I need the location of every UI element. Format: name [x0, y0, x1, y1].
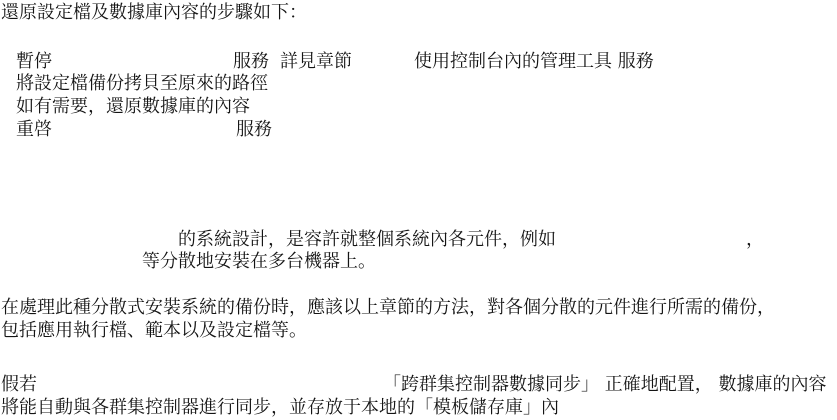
design-note-line1: 的系統設計，是容許就整個系統內各元件，例如: [178, 230, 556, 250]
step-see-chapter-label: 詳見章節: [280, 52, 352, 72]
design-note-line2: 等分散地安裝在多台機器上。: [142, 252, 376, 272]
design-note-comma: ，: [746, 230, 764, 250]
step-admin-tools-label: 使用控制台內的管理工具 服務: [414, 52, 654, 72]
intro-line: 還原設定檔及數據庫內容的步驟如下：: [1, 3, 307, 23]
step-copy-config-line: 將設定檔備份拷貝至原來的路徑: [16, 74, 268, 94]
backup-para-line2: 包括應用執行檔、範本以及設定檔等。: [1, 321, 307, 341]
backup-para-line1: 在處理此種分散式安裝系統的備份時，應該以上章節的方法，對各個分散的元件進行所需的…: [1, 298, 775, 318]
step-pause-service-label: 服務: [233, 52, 269, 72]
step-restart-service-label: 服務: [236, 120, 272, 140]
sync-para-line2: 將能自動與各群集控制器進行同步，並存放于本地的「模板儲存庫」內: [1, 398, 559, 418]
sync-para-line1: 「跨群集控制器數據同步」 正確地配置， 數據庫的內容: [383, 375, 826, 395]
step-pause-label: 暫停: [16, 52, 52, 72]
step-restore-db-line: 如有需要，還原數據庫的內容: [16, 97, 250, 117]
document-page: 還原設定檔及數據庫內容的步驟如下： 暫停 服務 詳見章節 使用控制台內的管理工具…: [0, 0, 837, 420]
sync-para-if-label: 假若: [1, 375, 37, 395]
step-restart-label: 重啓: [16, 120, 52, 140]
